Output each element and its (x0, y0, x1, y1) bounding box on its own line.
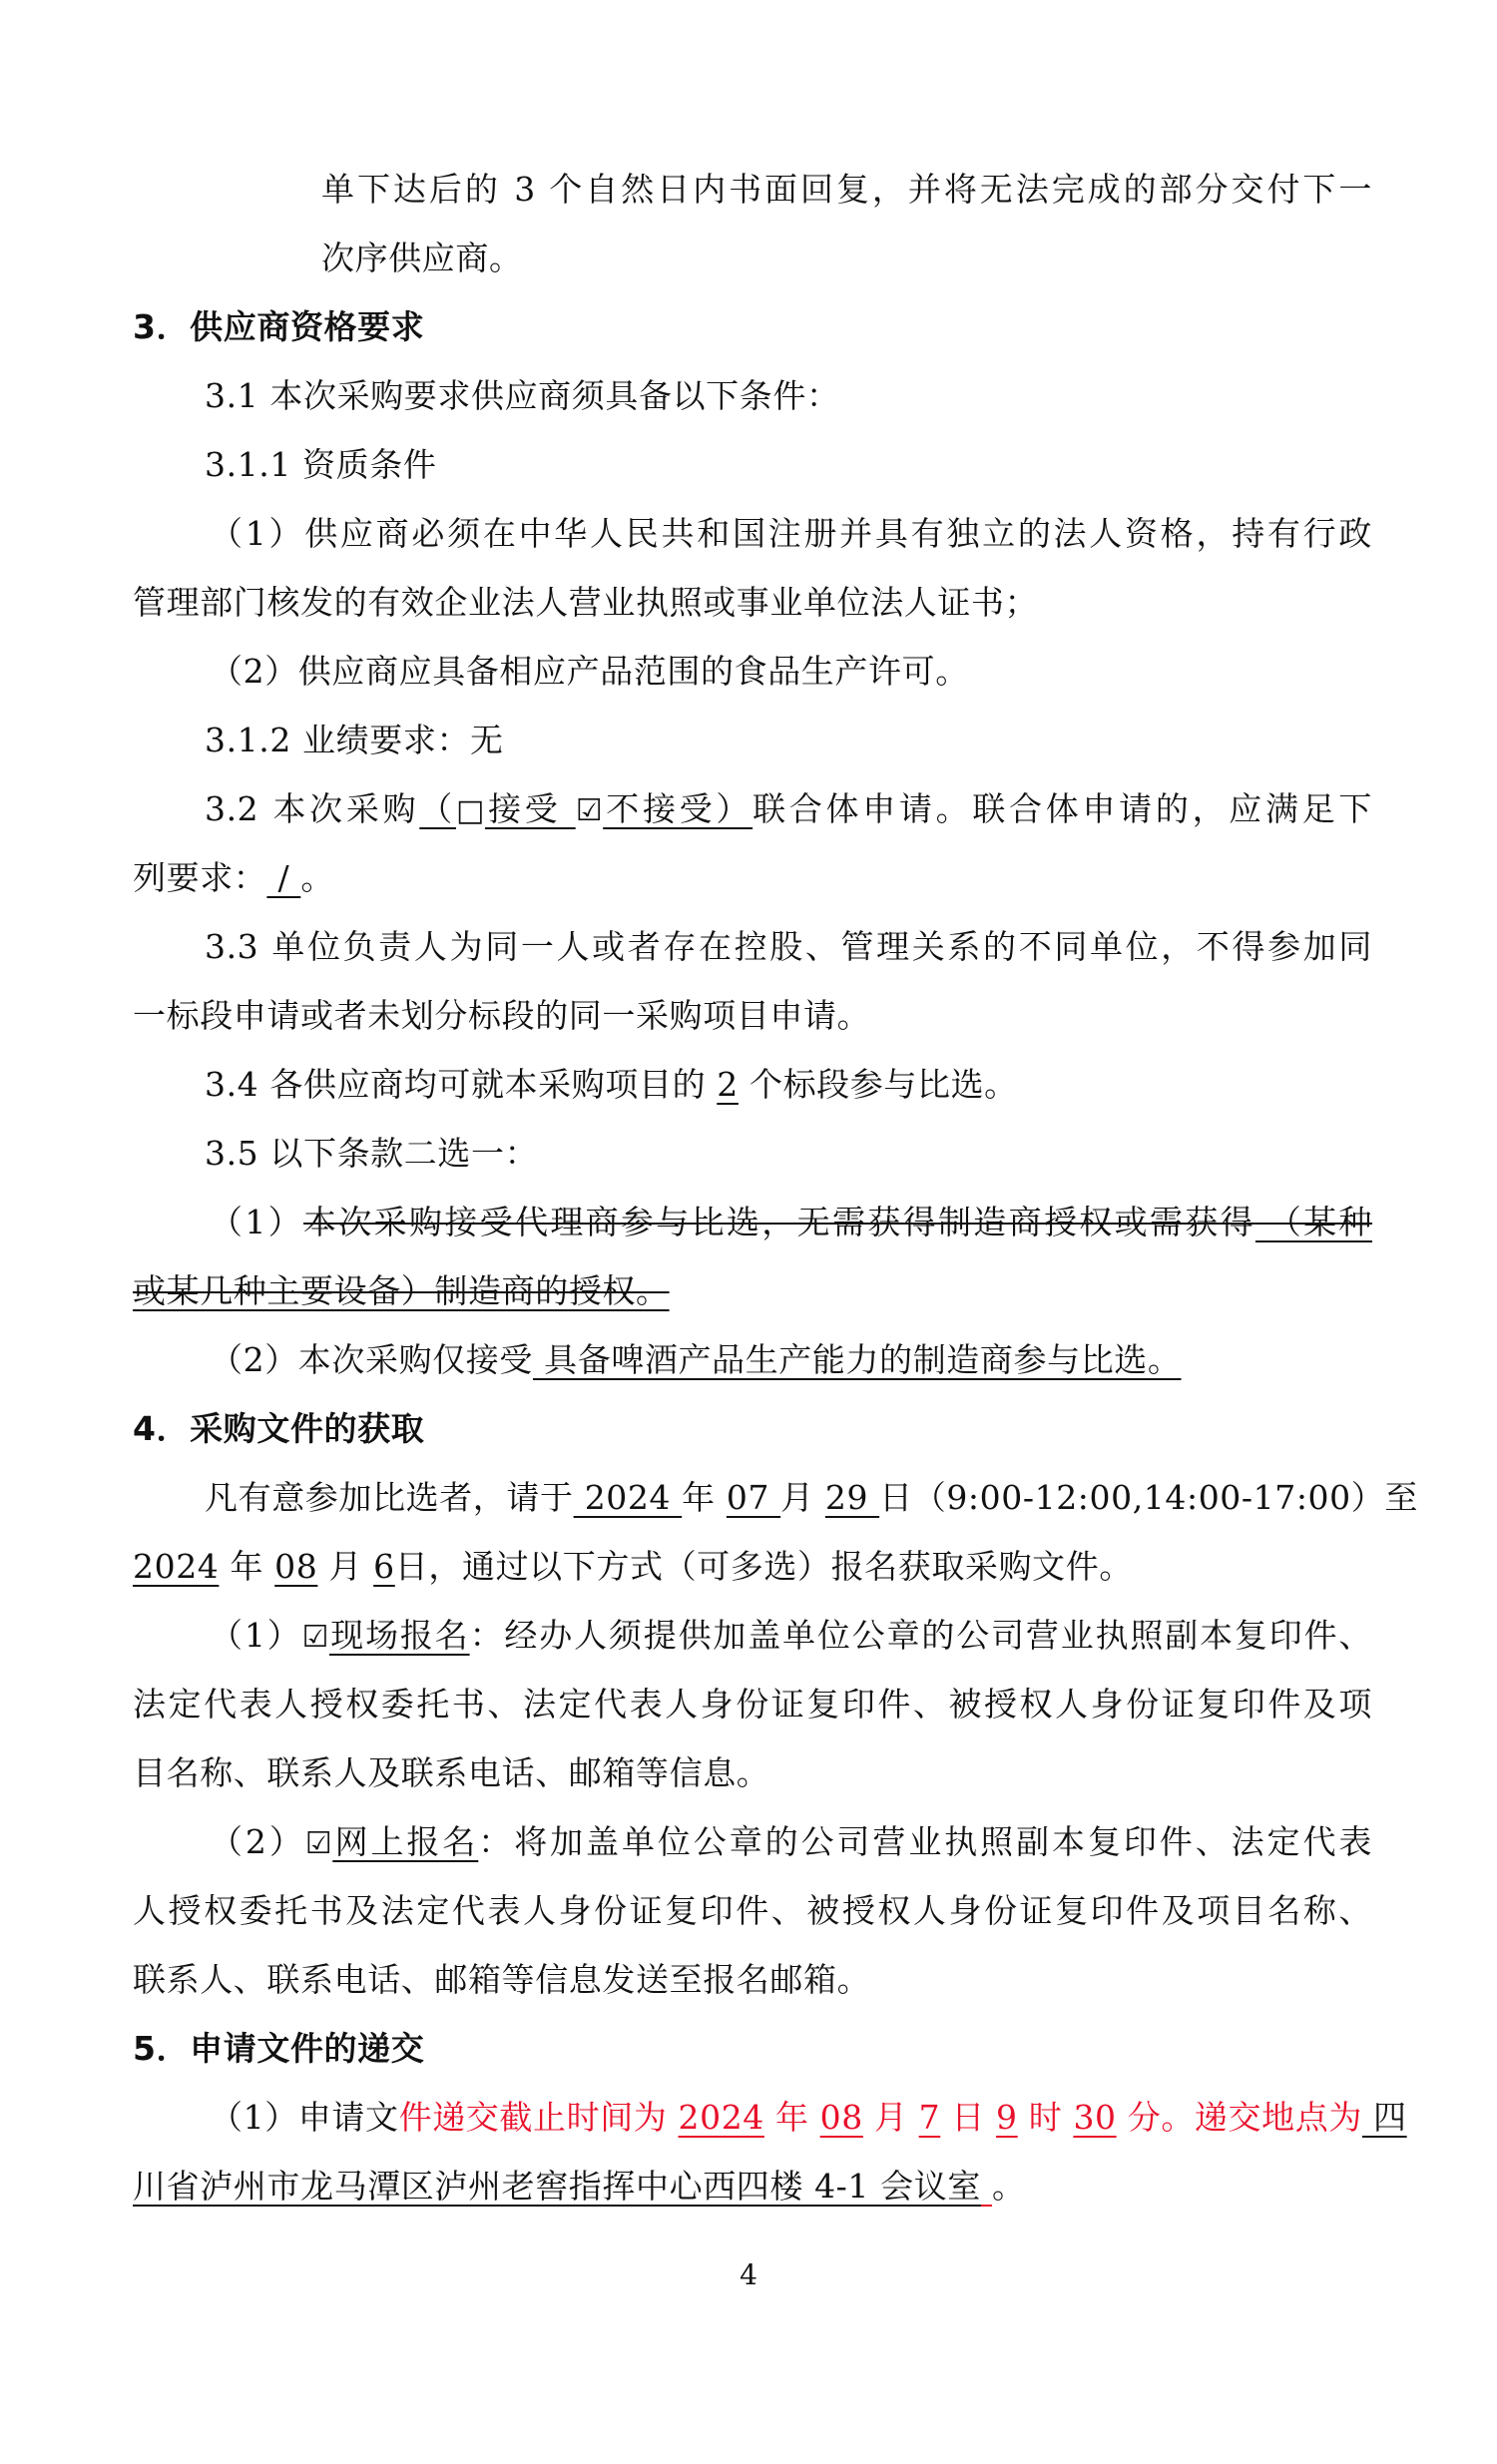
document-page: 单下达后的 3 个自然日内书面回复，并将无法完成的部分交付下一 次序供应商。 3… (0, 0, 1497, 2464)
method-onsite-line-1: （1）☑现场报名：经办人须提供加盖单位公章的公司营业执照副本复印件、 (210, 1611, 1372, 1661)
clause-3-5-option-2: （2）本次采购仅接受 具备啤酒产品生产能力的制造商参与比选。 (210, 1335, 1377, 1385)
time-range: 日（9:00-12:00,14:00-17:00）至 (879, 1478, 1418, 1517)
clause-3-5: 3.5 以下条款二选一： (205, 1129, 1372, 1179)
onsite-registration-option[interactable]: ☑现场报名 (302, 1616, 470, 1655)
section-3-heading: 3．供应商资格要求 (133, 302, 1372, 352)
acquisition-prefix: 凡有意参加比选者，请于 (205, 1478, 574, 1517)
consortium-options: （□接受 ☑不接受） (419, 789, 752, 828)
method-2-label: （2） (210, 1822, 305, 1861)
online-registration-option[interactable]: ☑网上报名 (305, 1822, 479, 1861)
option-2-prefix: （2）本次采购仅接受 (210, 1340, 533, 1379)
requirements-label: 列要求： (133, 858, 266, 897)
year-unit: 年 (682, 1478, 727, 1517)
section-4-heading: 4．采购文件的获取 (133, 1404, 1372, 1454)
end-year: 2024 (133, 1547, 219, 1586)
deadline-hour: 9 (996, 2098, 1018, 2137)
month-unit: 月 (317, 1547, 373, 1586)
deadline-day: 7 (919, 2098, 941, 2137)
page-number: 4 (734, 2255, 763, 2295)
clause-3-4: 3.4 各供应商均可就本采购项目的 2 个标段参与比选。 (205, 1060, 1372, 1110)
checkbox-checked-icon[interactable]: ☑ (305, 1819, 333, 1869)
method-online-line-2: 人授权委托书及法定代表人身份证复印件、被授权人身份证复印件及项目名称、 (133, 1886, 1372, 1936)
deadline-label: 件递交截止时间为 (399, 2098, 679, 2137)
clause-3-4-suffix: 个标段参与比选。 (739, 1065, 1018, 1104)
option-1-struck-text: 本次采购接受代理商参与比选，无需获得制造商授权或需获得 (303, 1203, 1255, 1241)
clause-3-2-line-2: 列要求： / 。 (133, 853, 1372, 903)
year-unit: 年 (219, 1547, 274, 1586)
method-1-text: ：经办人须提供加盖单位公章的公司营业执照副本复印件、 (470, 1616, 1372, 1655)
submission-line-1: （1）申请文件递交截止时间为 2024 年 08 月 7 日 9 时 30 分。… (210, 2093, 1372, 2143)
clause-3-2-line-1: 3.2 本次采购（□接受 ☑不接受）联合体申请。联合体申请的，应满足下 (205, 784, 1372, 834)
lot-count: 2 (717, 1065, 739, 1104)
year-unit: 年 (764, 2098, 820, 2137)
online-registration-title: 网上报名 (332, 1822, 478, 1861)
start-month: 07 (727, 1478, 780, 1517)
option-not-accept: 不接受） (603, 789, 752, 828)
checkbox-unchecked-icon[interactable]: □ (456, 786, 485, 836)
method-onsite-line-3: 目名称、联系人及联系电话、邮箱等信息。 (133, 1748, 1372, 1798)
continuation-line-1: 单下达后的 3 个自然日内书面回复，并将无法完成的部分交付下一 (321, 165, 1372, 215)
location-address: 川省泸州市龙马潭区泸州老窖指挥中心西四楼 4-1 会议室 (133, 2167, 981, 2206)
method-online-line-1: （2）☑网上报名：将加盖单位公章的公司营业执照副本复印件、法定代表 (210, 1817, 1372, 1867)
qualification-item-1-line-2: 管理部门核发的有效企业法人营业执照或事业单位法人证书； (133, 578, 1372, 628)
method-2-text: ：将加盖单位公章的公司营业执照副本复印件、法定代表 (478, 1822, 1372, 1861)
hour-unit: 时 (1018, 2098, 1074, 2137)
onsite-registration-title: 现场报名 (329, 1616, 470, 1655)
deadline-year: 2024 (679, 2098, 764, 2137)
clause-3-5-option-1-line-2: 或某几种主要设备）制造商的授权。 (133, 1266, 1372, 1316)
acquisition-period-line-2: 2024 年 08 月 6日，通过以下方式（可多选）报名获取采购文件。 (133, 1542, 1372, 1592)
clause-3-1: 3.1 本次采购要求供应商须具备以下条件： (205, 371, 1372, 421)
start-year: 2024 (574, 1478, 683, 1517)
option-1-struck-underlined: （某种 (1255, 1203, 1372, 1241)
paren-open: （ (419, 789, 456, 828)
method-onsite-line-2: 法定代表人授权委托书、法定代表人身份证复印件、被授权人身份证复印件及项 (133, 1680, 1372, 1729)
option-accept: 接受 (485, 789, 576, 828)
start-day: 29 (825, 1478, 879, 1517)
location-address-start: 四 (1362, 2098, 1407, 2137)
month-unit: 月 (780, 1478, 825, 1517)
end-month: 08 (274, 1547, 317, 1586)
continuation-line-2: 次序供应商。 (321, 234, 1372, 283)
deadline-month: 08 (820, 2098, 863, 2137)
address-underline-pad (981, 2167, 992, 2206)
month-unit: 月 (863, 2098, 919, 2137)
end-day: 6 (373, 1547, 395, 1586)
submission-line-2: 川省泸州市龙马潭区泸州老窖指挥中心西四楼 4-1 会议室 。 (133, 2162, 1372, 2212)
clause-3-4-prefix: 3.4 各供应商均可就本采购项目的 (205, 1065, 717, 1104)
clause-3-2-suffix: 联合体申请。联合体申请的，应满足下 (752, 789, 1372, 828)
submission-prefix: （1）申请文 (210, 2098, 399, 2137)
period: 。 (300, 858, 334, 897)
option-1-label: （1） (210, 1203, 303, 1241)
clause-3-3-line-1: 3.3 单位负责人为同一人或者存在控股、管理关系的不同单位，不得参加同 (205, 922, 1372, 972)
method-1-label: （1） (210, 1616, 302, 1655)
clause-3-1-1: 3.1.1 资质条件 (205, 440, 1372, 490)
period: 。 (992, 2167, 1026, 2206)
acquisition-suffix: 日，通过以下方式（可多选）报名获取采购文件。 (395, 1547, 1133, 1586)
qualification-item-2: （2）供应商应具备相应产品范围的食品生产许可。 (210, 647, 1377, 697)
option-2-value: 具备啤酒产品生产能力的制造商参与比选。 (533, 1340, 1182, 1379)
clause-3-5-option-1-line-1: （1）本次采购接受代理商参与比选，无需获得制造商授权或需获得 （某种 (210, 1198, 1372, 1247)
day-unit: 日 (940, 2098, 996, 2137)
clause-3-2-prefix: 3.2 本次采购 (205, 789, 419, 828)
clause-3-3-line-2: 一标段申请或者未划分标段的同一采购项目申请。 (133, 991, 1372, 1041)
checkbox-checked-icon[interactable]: ☑ (302, 1613, 330, 1663)
qualification-item-1-line-1: （1）供应商必须在中华人民共和国注册并具有独立的法人资格，持有行政 (210, 509, 1372, 559)
method-online-line-3: 联系人、联系电话、邮箱等信息发送至报名邮箱。 (133, 1955, 1372, 2005)
checkbox-checked-icon[interactable]: ☑ (576, 786, 604, 836)
requirements-value: / (266, 858, 300, 897)
clause-3-1-2: 3.1.2 业绩要求：无 (205, 716, 1372, 765)
section-5-heading: 5．申请文件的递交 (133, 2024, 1372, 2074)
deadline-minute: 30 (1073, 2098, 1116, 2137)
location-label: 分。递交地点为 (1117, 2098, 1362, 2137)
acquisition-period-line-1: 凡有意参加比选者，请于 2024 年 07 月 29 日（9:00-12:00,… (205, 1473, 1372, 1523)
option-1-struck-continuation: 或某几种主要设备）制造商的授权。 (133, 1271, 670, 1310)
